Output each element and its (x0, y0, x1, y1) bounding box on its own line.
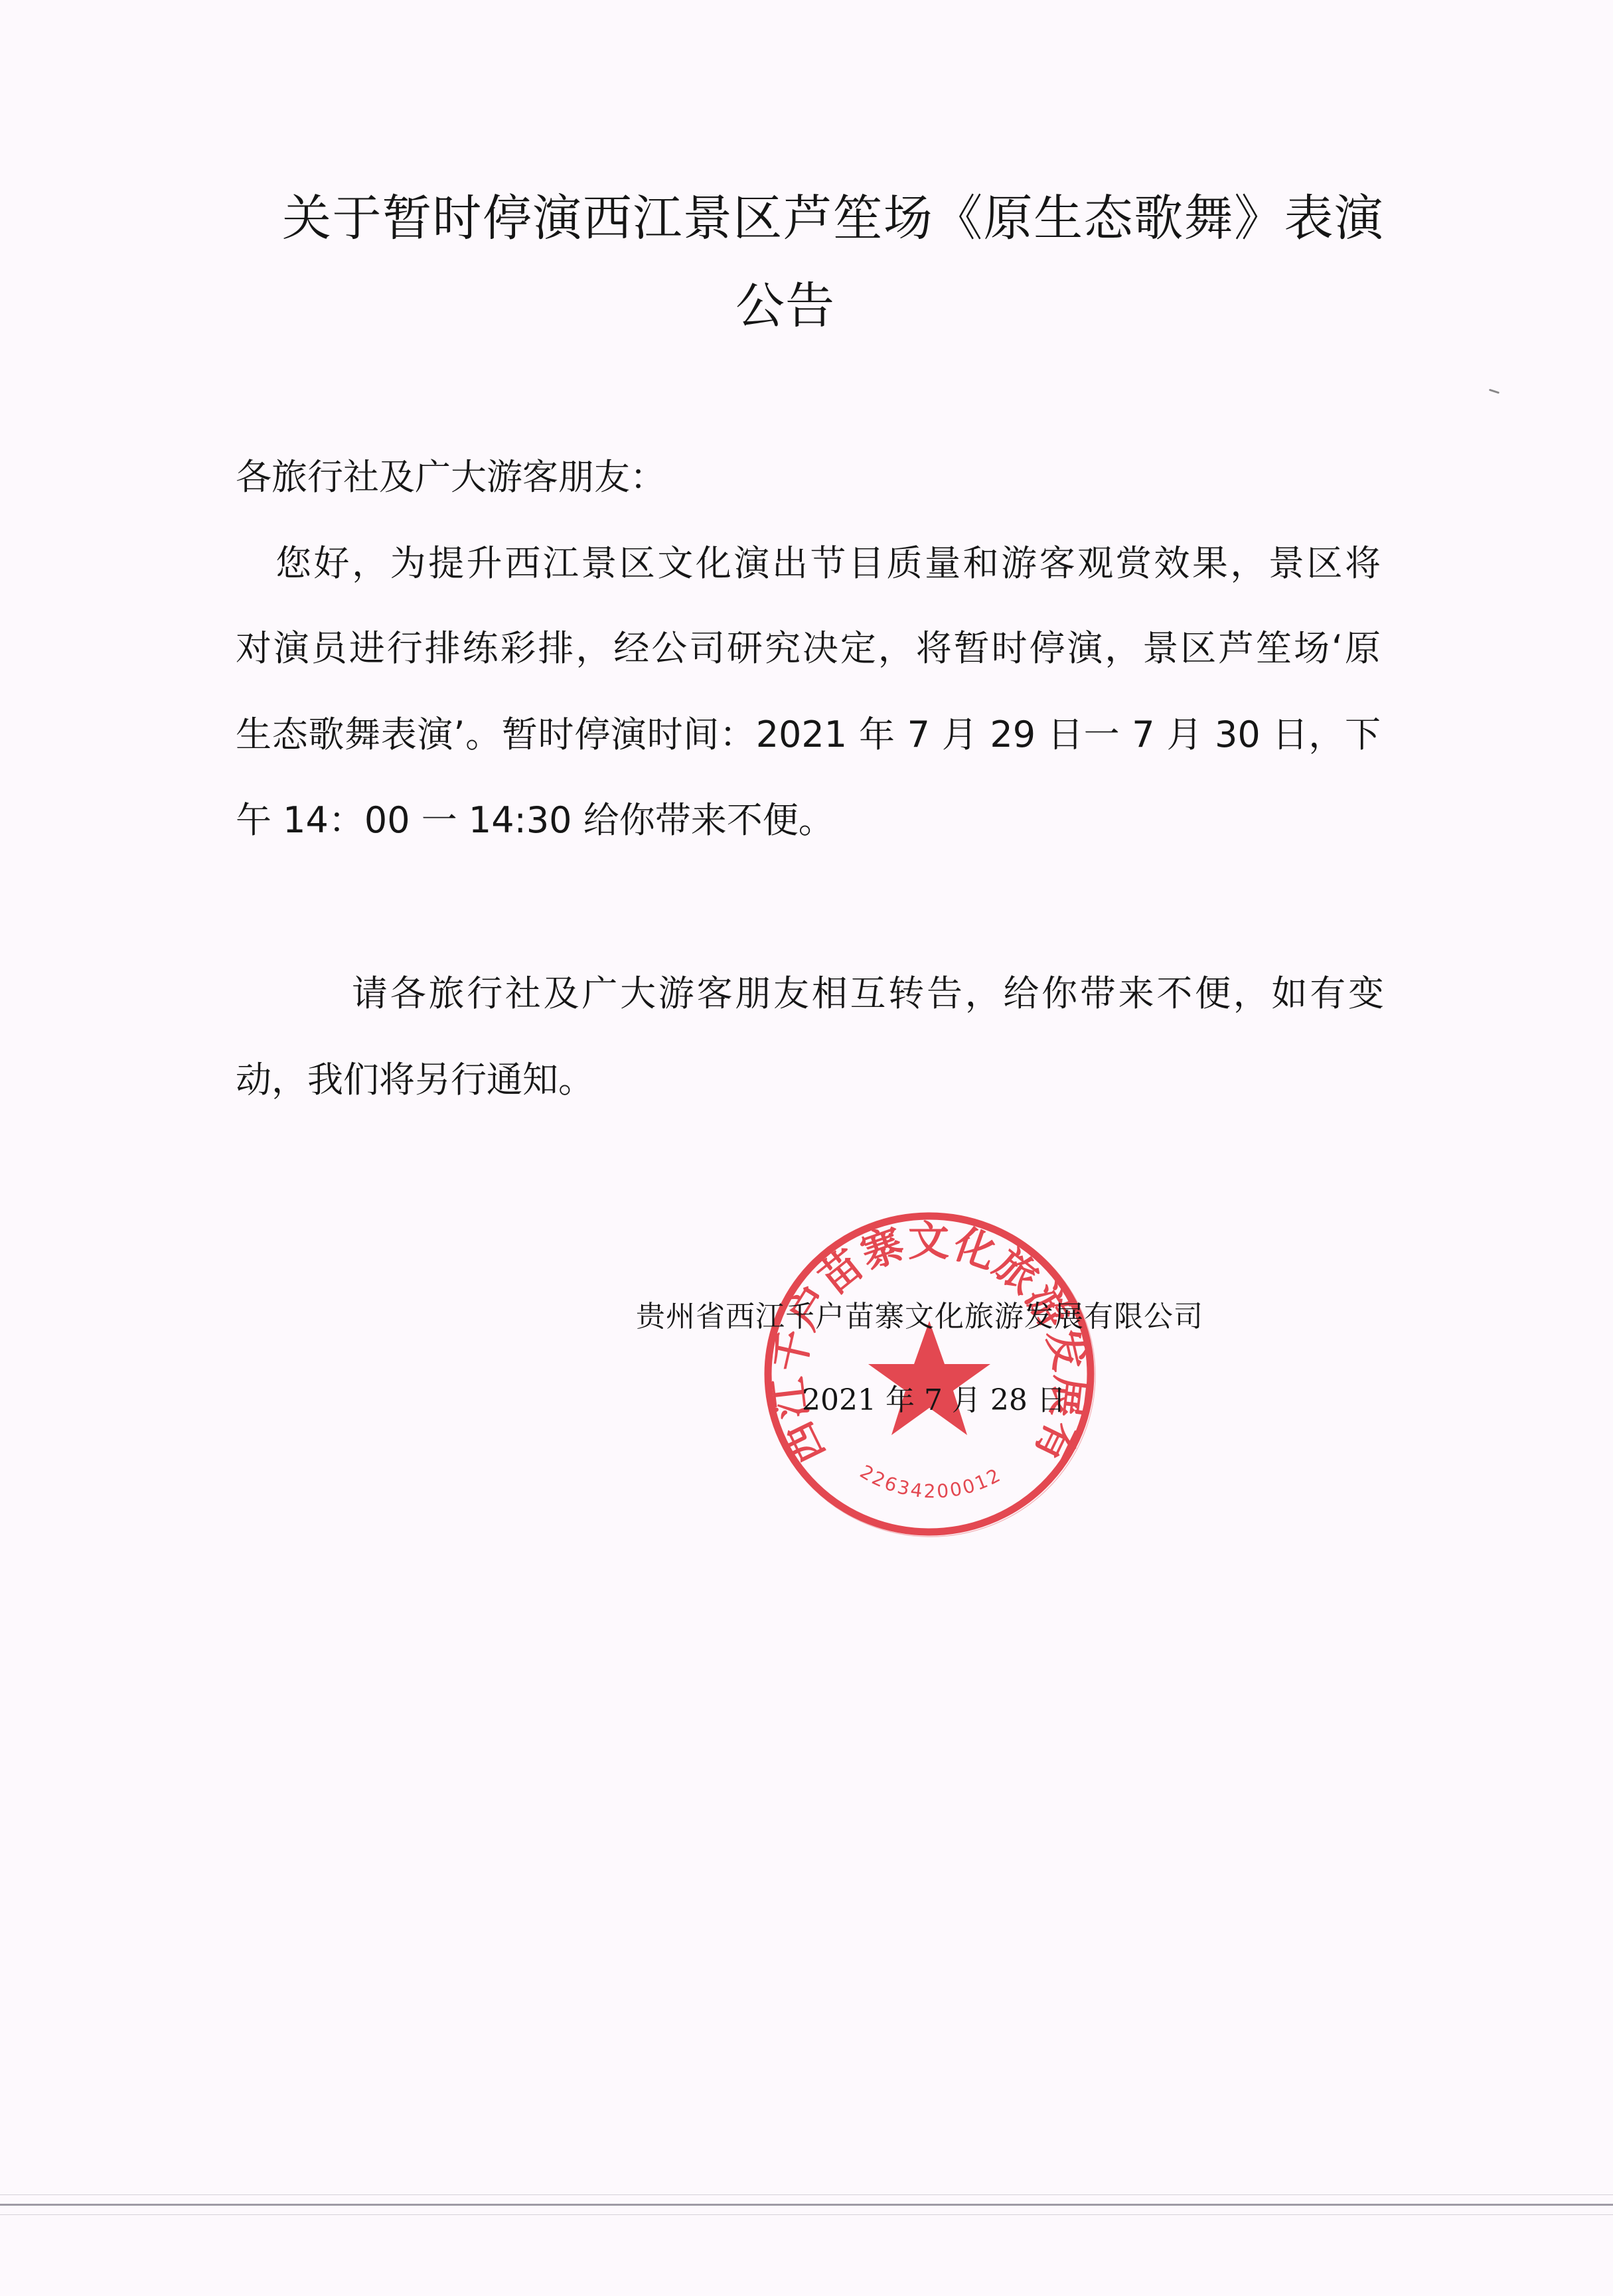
issue-date: 2021 年 7 月 28 日 (802, 1386, 1066, 1415)
scan-edge-line (0, 2194, 1613, 2195)
document-title-line-2: 公告 (735, 281, 835, 331)
document-title-line-1: 关于暂时停演西江景区芦笙场《原生态歌舞》表演 (282, 194, 1384, 243)
scan-artifact (1489, 389, 1499, 394)
scan-edge-line (0, 2214, 1613, 2215)
official-seal: 贵州省西江千户苗寨文化旅游发展有限公司 5226342000121 (757, 1205, 1102, 1543)
paragraph-line: 您好，为提升西江景区文化演出节目质量和游客观赏效果，景区将 (275, 546, 1381, 581)
paragraph-line: 对演员进行排练彩排，经公司研究决定，将暂时停演，景区芦笙场‘原 (236, 631, 1381, 666)
paragraph-line: 动，我们将另行通知。 (236, 1062, 594, 1098)
paragraph-line: 午 14：00 一 14:30 给你带来不便。 (236, 803, 834, 838)
scan-edge-line (0, 2204, 1613, 2206)
document-page: 关于暂时停演西江景区芦笙场《原生态歌舞》表演 公告 各旅行社及广大游客朋友： 您… (0, 0, 1613, 2296)
paragraph-line: 生态歌舞表演’。暂时停演时间：2021 年 7 月 29 日一 7 月 30 日… (236, 717, 1381, 753)
salutation: 各旅行社及广大游客朋友： (236, 459, 666, 495)
star-icon (868, 1321, 990, 1435)
issuer-signature: 贵州省西江千户苗寨文化旅游发展有限公司 (636, 1302, 1203, 1332)
paragraph-line: 请各旅行社及广大游客朋友相互转告，给你带来不便，如有变 (352, 976, 1384, 1012)
